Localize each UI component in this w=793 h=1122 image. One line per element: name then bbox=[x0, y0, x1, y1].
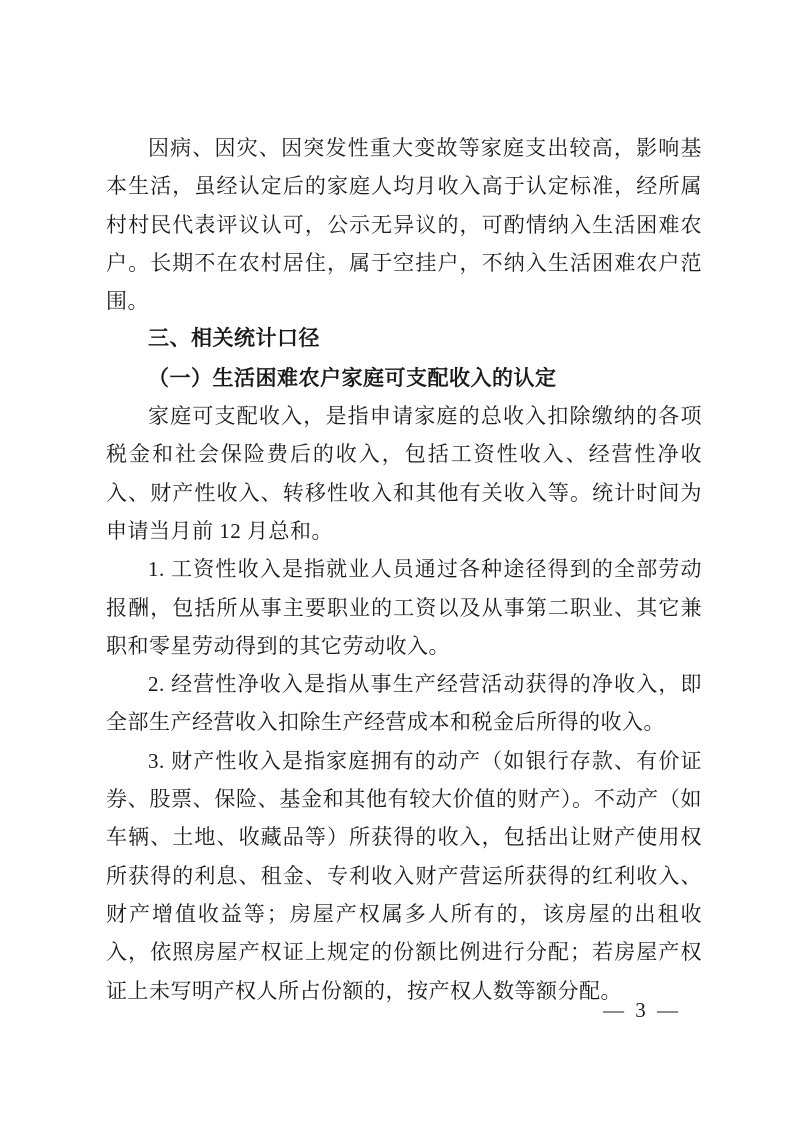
list-item-wage-income: 1. 工资性收入是指就业人员通过各种途径得到的全部劳动报酬，包括所从事主要职业的… bbox=[106, 550, 702, 665]
sub-heading: （一）生活困难农户家庭可支配收入的认定 bbox=[106, 359, 702, 397]
document-body: 因病、因灾、因突发性重大变故等家庭支出较高，影响基本生活，虽经认定后的家庭人均月… bbox=[106, 129, 702, 1010]
page-number: — 3 — bbox=[603, 996, 681, 1024]
paragraph-intro: 因病、因灾、因突发性重大变故等家庭支出较高，影响基本生活，虽经认定后的家庭人均月… bbox=[106, 129, 702, 320]
document-page: 因病、因灾、因突发性重大变故等家庭支出较高，影响基本生活，虽经认定后的家庭人均月… bbox=[0, 0, 793, 1122]
section-heading: 三、相关统计口径 bbox=[106, 320, 702, 358]
paragraph-definition: 家庭可支配收入，是指申请家庭的总收入扣除缴纳的各项税金和社会保险费后的收入，包括… bbox=[106, 397, 702, 550]
list-item-business-income: 2. 经营性净收入是指从事生产经营活动获得的净收入，即全部生产经营收入扣除生产经… bbox=[106, 665, 702, 742]
list-item-property-income: 3. 财产性收入是指家庭拥有的动产（如银行存款、有价证券、股票、保险、基金和其他… bbox=[106, 742, 702, 1010]
